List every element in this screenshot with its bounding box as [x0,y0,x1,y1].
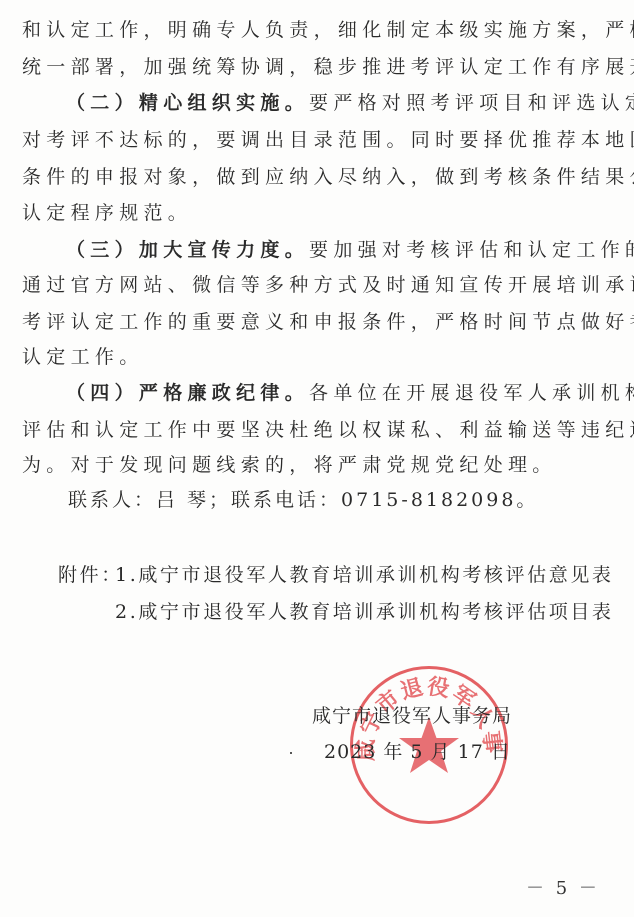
body-line: 和认定工作，明确专人负责，细化制定本级实施方案，严格按照 [22,18,634,42]
body-line: 评估和认定工作中要坚决杜绝以权谋私、利益输送等违纪违规行 [22,418,634,442]
section-4-text: 各单位在开展退役军人承训机构考核 [309,382,634,404]
section-2-text: 要严格对照考评项目和评选认定标准， [309,92,634,114]
attachment-item-1: 1.咸宁市退役军人教育培训承训机构考核评估意见表 [115,563,614,587]
section-4-heading: （四）严格廉政纪律。 [66,382,309,404]
body-line: 考评认定工作的重要意义和申报条件，严格时间节点做好考评和 [22,310,634,334]
section-4-first-line: （四）严格廉政纪律。各单位在开展退役军人承训机构考核 [66,381,634,405]
contact-info: 联系人：吕 琴；联系电话：0715-8182098。 [68,488,538,512]
signing-organization: 咸宁市退役军人事务局 [312,704,512,728]
body-line: 认定程序规范。 [22,201,192,225]
page-number: － 5 － [526,874,600,900]
document-page: 和认定工作，明确专人负责，细化制定本级实施方案，严格按照 统一部署，加强统筹协调… [0,0,634,917]
section-3-text: 要加强对考核评估和认定工作的宣传， [309,239,634,261]
body-line: 为。对于发现问题线索的，将严肃党规党纪处理。 [22,453,557,477]
body-line: 认定工作。 [22,345,144,369]
section-2-heading: （二）精心组织实施。 [66,92,309,114]
body-line: 统一部署，加强统筹协调，稳步推进考评认定工作有序展开。 [22,55,634,79]
section-3-heading: （三）加大宣传力度。 [66,239,309,261]
body-line: 条件的申报对象，做到应纳入尽纳入，做到考核条件结果公开、 [22,165,634,189]
attachments-label: 附件： [58,563,123,587]
signing-date: 2023 年 5 月 17 日 [324,740,511,764]
section-3-first-line: （三）加大宣传力度。要加强对考核评估和认定工作的宣传， [66,238,634,262]
scan-dot [290,752,292,754]
body-line: 通过官方网站、微信等多种方式及时通知宣传开展培训承训机构 [22,273,634,297]
body-line: 对考评不达标的，要调出目录范围。同时要择优推荐本地区符合 [22,128,634,152]
section-2-first-line: （二）精心组织实施。要严格对照考评项目和评选认定标准， [66,91,634,115]
attachment-item-2: 2.咸宁市退役军人教育培训承训机构考核评估项目表 [115,600,614,624]
